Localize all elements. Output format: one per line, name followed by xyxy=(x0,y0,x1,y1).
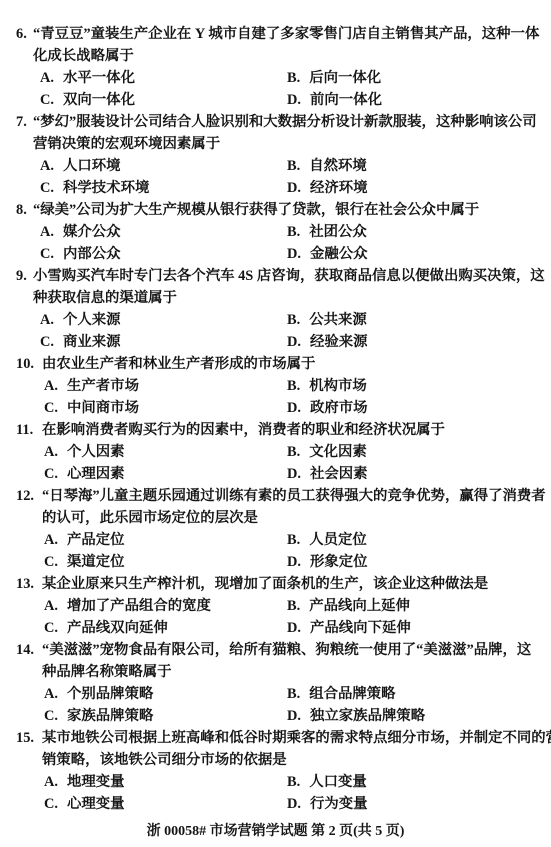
option-c: C.中间商市场 xyxy=(44,397,139,419)
question-number: 6. xyxy=(16,23,27,45)
option-text: 组合品牌策略 xyxy=(309,686,395,702)
option-b: B.后向一体化 xyxy=(287,67,381,89)
option-a: A.水平一体化 xyxy=(40,67,135,89)
option-d: D.经验来源 xyxy=(287,331,368,353)
option-a: A.个人因素 xyxy=(44,441,125,463)
option-text: 人口环境 xyxy=(63,158,121,174)
question-9-stem: 9. 小雪购买汽车时专门去各个汽车 4S 店咨询，获取商品信息以便做出购买决策，… xyxy=(0,265,551,309)
option-letter: C. xyxy=(44,617,58,639)
option-a: A.生产者市场 xyxy=(44,375,139,397)
option-letter: B. xyxy=(287,529,300,551)
option-letter: B. xyxy=(287,309,300,331)
option-b: B.公共来源 xyxy=(287,309,367,331)
option-letter: C. xyxy=(40,89,54,111)
option-letter: D. xyxy=(287,705,301,727)
option-letter: A. xyxy=(44,375,58,397)
option-text: 内部公众 xyxy=(63,246,121,262)
option-row: C.家族品牌策略 D.独立家族品牌策略 xyxy=(0,705,551,727)
question-text-line: 的认可，此乐园市场定位的层次是 xyxy=(42,507,551,529)
question-text-line: 小雪购买汽车时专门去各个汽车 4S 店咨询，获取商品信息以便做出购买决策，这 xyxy=(33,265,551,287)
question-15: 15. 某市地铁公司根据上班高峰和低谷时期乘客的需求特点细分市场，并制定不同的营… xyxy=(0,727,551,815)
question-number: 12. xyxy=(16,485,34,507)
question-text-line: 某企业原来只生产榨汁机，现增加了面条机的生产，该企业这种做法是 xyxy=(42,573,551,595)
question-number: 10. xyxy=(16,353,34,375)
option-row: C.心理因素 D.社会因素 xyxy=(0,463,551,485)
option-letter: C. xyxy=(44,793,58,815)
question-number: 15. xyxy=(16,727,34,749)
option-d: D.前向一体化 xyxy=(287,89,382,111)
option-text: 金融公众 xyxy=(310,246,368,262)
option-row: A.个别品牌策略 B.组合品牌策略 xyxy=(0,683,551,705)
option-a: A.个别品牌策略 xyxy=(44,683,153,705)
question-12: 12. “日琴海”儿童主题乐园通过训练有素的员工获得强大的竞争优势，赢得了消费者… xyxy=(0,485,551,573)
option-c: C.心理因素 xyxy=(44,463,125,485)
question-text-line: 销策略，该地铁公司细分市场的依据是 xyxy=(42,749,551,771)
option-letter: D. xyxy=(287,617,301,639)
option-text: 增加了产品组合的宽度 xyxy=(67,598,211,614)
option-text: 产品线向上延伸 xyxy=(309,598,410,614)
option-text: 水平一体化 xyxy=(63,70,135,86)
option-text: 商业来源 xyxy=(63,334,121,350)
option-letter: C. xyxy=(40,177,54,199)
question-text-line: “梦幻”服装设计公司结合人脸识别和大数据分析设计新款服装，这种影响该公司 xyxy=(33,111,551,133)
question-number: 7. xyxy=(16,111,27,133)
option-b: B.社团公众 xyxy=(287,221,367,243)
question-9: 9. 小雪购买汽车时专门去各个汽车 4S 店咨询，获取商品信息以便做出购买决策，… xyxy=(0,265,551,353)
question-11-stem: 11. 在影响消费者购买行为的因素中，消费者的职业和经济状况属于 xyxy=(0,419,551,441)
question-number: 13. xyxy=(16,573,34,595)
option-letter: D. xyxy=(287,243,301,265)
page-footer: 浙 00058# 市场营销学试题 第 2 页(共 5 页) xyxy=(0,820,551,840)
option-text: 生产者市场 xyxy=(67,378,139,394)
question-text-line: 化成长战略属于 xyxy=(33,45,551,67)
question-11: 11. 在影响消费者购买行为的因素中，消费者的职业和经济状况属于 A.个人因素 … xyxy=(0,419,551,485)
question-6-stem: 6. “青豆豆”童装生产企业在 Y 城市自建了多家零售门店自主销售其产品，这种一… xyxy=(0,23,551,67)
option-row: C.科学技术环境 D.经济环境 xyxy=(0,177,551,199)
option-letter: A. xyxy=(44,529,58,551)
option-row: A.增加了产品组合的宽度 B.产品线向上延伸 xyxy=(0,595,551,617)
option-letter: D. xyxy=(287,463,301,485)
question-14-stem: 14. “美滋滋”宠物食品有限公司，给所有猫粮、狗粮统一使用了“美滋滋”品牌，这… xyxy=(0,639,551,683)
option-a: A.地理变量 xyxy=(44,771,125,793)
option-letter: B. xyxy=(287,595,300,617)
question-10: 10. 由农业生产者和林业生产者形成的市场属于 A.生产者市场 B.机构市场 C… xyxy=(0,353,551,419)
option-text: 个人因素 xyxy=(67,444,125,460)
option-letter: C. xyxy=(44,463,58,485)
option-letter: D. xyxy=(287,331,301,353)
option-text: 文化因素 xyxy=(309,444,367,460)
option-letter: A. xyxy=(44,595,58,617)
option-letter: C. xyxy=(40,331,54,353)
option-letter: A. xyxy=(44,683,58,705)
option-c: C.商业来源 xyxy=(40,331,121,353)
question-number: 11. xyxy=(16,419,33,441)
option-letter: A. xyxy=(40,221,54,243)
option-letter: A. xyxy=(44,441,58,463)
option-text: 个别品牌策略 xyxy=(67,686,153,702)
option-a: A.个人来源 xyxy=(40,309,121,331)
question-number: 9. xyxy=(16,265,27,287)
option-letter: B. xyxy=(287,221,300,243)
option-row: A.生产者市场 B.机构市场 xyxy=(0,375,551,397)
option-d: D.经济环境 xyxy=(287,177,368,199)
option-letter: B. xyxy=(287,375,300,397)
question-7: 7. “梦幻”服装设计公司结合人脸识别和大数据分析设计新款服装，这种影响该公司 … xyxy=(0,111,551,199)
option-text: 地理变量 xyxy=(67,774,125,790)
option-c: C.内部公众 xyxy=(40,243,121,265)
exam-page: 6. “青豆豆”童装生产企业在 Y 城市自建了多家零售门店自主销售其产品，这种一… xyxy=(0,0,551,847)
option-c: C.渠道定位 xyxy=(44,551,125,573)
option-letter: A. xyxy=(40,155,54,177)
option-row: C.商业来源 D.经验来源 xyxy=(0,331,551,353)
option-text: 家族品牌策略 xyxy=(67,708,153,724)
option-letter: D. xyxy=(287,551,301,573)
option-text: 产品线向下延伸 xyxy=(310,620,411,636)
option-text: 形象定位 xyxy=(310,554,368,570)
question-12-stem: 12. “日琴海”儿童主题乐园通过训练有素的员工获得强大的竞争优势，赢得了消费者… xyxy=(0,485,551,529)
option-row: A.水平一体化 B.后向一体化 xyxy=(0,67,551,89)
option-c: C.双向一体化 xyxy=(40,89,135,111)
option-a: A.产品定位 xyxy=(44,529,125,551)
option-text: 前向一体化 xyxy=(310,92,382,108)
option-a: A.人口环境 xyxy=(40,155,121,177)
question-8-stem: 8. “绿美”公司为扩大生产规模从银行获得了贷款，银行在社会公众中属于 xyxy=(0,199,551,221)
option-text: 政府市场 xyxy=(310,400,368,416)
option-text: 心理因素 xyxy=(67,466,125,482)
option-d: D.产品线向下延伸 xyxy=(287,617,411,639)
option-text: 媒介公众 xyxy=(63,224,121,240)
option-letter: D. xyxy=(287,793,301,815)
option-text: 人口变量 xyxy=(309,774,367,790)
question-text-line: “日琴海”儿童主题乐园通过训练有素的员工获得强大的竞争优势，赢得了消费者 xyxy=(42,485,551,507)
question-7-stem: 7. “梦幻”服装设计公司结合人脸识别和大数据分析设计新款服装，这种影响该公司 … xyxy=(0,111,551,155)
option-text: 心理变量 xyxy=(67,796,125,812)
option-row: C.心理变量 D.行为变量 xyxy=(0,793,551,815)
option-letter: C. xyxy=(44,705,58,727)
option-letter: B. xyxy=(287,155,300,177)
option-b: B.人口变量 xyxy=(287,771,367,793)
option-row: C.双向一体化 D.前向一体化 xyxy=(0,89,551,111)
option-c: C.心理变量 xyxy=(44,793,125,815)
option-letter: B. xyxy=(287,441,300,463)
question-number: 14. xyxy=(16,639,34,661)
option-d: D.行为变量 xyxy=(287,793,368,815)
question-text-line: 营销决策的宏观环境因素属于 xyxy=(33,133,551,155)
question-text-line: 种获取信息的渠道属于 xyxy=(33,287,551,309)
option-letter: A. xyxy=(40,309,54,331)
option-row: C.内部公众 D.金融公众 xyxy=(0,243,551,265)
option-b: B.机构市场 xyxy=(287,375,367,397)
question-13-stem: 13. 某企业原来只生产榨汁机，现增加了面条机的生产，该企业这种做法是 xyxy=(0,573,551,595)
question-15-stem: 15. 某市地铁公司根据上班高峰和低谷时期乘客的需求特点细分市场，并制定不同的营… xyxy=(0,727,551,771)
option-d: D.社会因素 xyxy=(287,463,368,485)
option-row: A.产品定位 B.人员定位 xyxy=(0,529,551,551)
question-text-line: 种品牌名称策略属于 xyxy=(42,661,551,683)
option-text: 社团公众 xyxy=(309,224,367,240)
option-text: 机构市场 xyxy=(309,378,367,394)
option-row: A.个人因素 B.文化因素 xyxy=(0,441,551,463)
question-14: 14. “美滋滋”宠物食品有限公司，给所有猫粮、狗粮统一使用了“美滋滋”品牌，这… xyxy=(0,639,551,727)
option-b: B.产品线向上延伸 xyxy=(287,595,410,617)
option-d: D.金融公众 xyxy=(287,243,368,265)
option-text: 人员定位 xyxy=(309,532,367,548)
question-10-stem: 10. 由农业生产者和林业生产者形成的市场属于 xyxy=(0,353,551,375)
option-text: 后向一体化 xyxy=(309,70,381,86)
option-letter: A. xyxy=(44,771,58,793)
option-text: 渠道定位 xyxy=(67,554,125,570)
option-row: A.个人来源 B.公共来源 xyxy=(0,309,551,331)
option-text: 产品定位 xyxy=(67,532,125,548)
option-row: C.中间商市场 D.政府市场 xyxy=(0,397,551,419)
option-text: 公共来源 xyxy=(309,312,367,328)
question-8: 8. “绿美”公司为扩大生产规模从银行获得了贷款，银行在社会公众中属于 A.媒介… xyxy=(0,199,551,265)
question-number: 8. xyxy=(16,199,27,221)
question-text-line: “美滋滋”宠物食品有限公司，给所有猫粮、狗粮统一使用了“美滋滋”品牌，这 xyxy=(42,639,551,661)
option-text: 独立家族品牌策略 xyxy=(310,708,425,724)
option-letter: C. xyxy=(40,243,54,265)
option-text: 经济环境 xyxy=(310,180,368,196)
option-row: A.地理变量 B.人口变量 xyxy=(0,771,551,793)
option-text: 中间商市场 xyxy=(67,400,139,416)
option-d: D.形象定位 xyxy=(287,551,368,573)
option-d: D.政府市场 xyxy=(287,397,368,419)
question-text-line: “绿美”公司为扩大生产规模从银行获得了贷款，银行在社会公众中属于 xyxy=(33,199,551,221)
option-a: A.媒介公众 xyxy=(40,221,121,243)
question-text-line: “青豆豆”童装生产企业在 Y 城市自建了多家零售门店自主销售其产品，这种一体 xyxy=(33,23,551,45)
option-letter: C. xyxy=(44,397,58,419)
option-b: B.组合品牌策略 xyxy=(287,683,396,705)
option-b: B.人员定位 xyxy=(287,529,367,551)
option-text: 行为变量 xyxy=(310,796,368,812)
option-letter: D. xyxy=(287,89,301,111)
question-13: 13. 某企业原来只生产榨汁机，现增加了面条机的生产，该企业这种做法是 A.增加… xyxy=(0,573,551,639)
question-6: 6. “青豆豆”童装生产企业在 Y 城市自建了多家零售门店自主销售其产品，这种一… xyxy=(0,23,551,111)
option-text: 双向一体化 xyxy=(63,92,135,108)
option-text: 经验来源 xyxy=(310,334,368,350)
option-text: 社会因素 xyxy=(310,466,368,482)
option-c: C.家族品牌策略 xyxy=(44,705,153,727)
option-text: 自然环境 xyxy=(309,158,367,174)
option-b: B.文化因素 xyxy=(287,441,367,463)
option-c: C.产品线双向延伸 xyxy=(44,617,168,639)
option-c: C.科学技术环境 xyxy=(40,177,149,199)
option-a: A.增加了产品组合的宽度 xyxy=(44,595,211,617)
question-text-line: 由农业生产者和林业生产者形成的市场属于 xyxy=(42,353,551,375)
option-row: A.人口环境 B.自然环境 xyxy=(0,155,551,177)
option-letter: B. xyxy=(287,771,300,793)
option-row: A.媒介公众 B.社团公众 xyxy=(0,221,551,243)
option-letter: A. xyxy=(40,67,54,89)
option-b: B.自然环境 xyxy=(287,155,367,177)
option-letter: C. xyxy=(44,551,58,573)
option-letter: D. xyxy=(287,177,301,199)
option-letter: B. xyxy=(287,67,300,89)
option-letter: D. xyxy=(287,397,301,419)
option-letter: B. xyxy=(287,683,300,705)
option-d: D.独立家族品牌策略 xyxy=(287,705,425,727)
option-row: C.产品线双向延伸 D.产品线向下延伸 xyxy=(0,617,551,639)
question-text-line: 在影响消费者购买行为的因素中，消费者的职业和经济状况属于 xyxy=(42,419,551,441)
option-text: 产品线双向延伸 xyxy=(67,620,168,636)
question-text-line: 某市地铁公司根据上班高峰和低谷时期乘客的需求特点细分市场，并制定不同的营 xyxy=(42,727,551,749)
option-text: 个人来源 xyxy=(63,312,121,328)
option-row: C.渠道定位 D.形象定位 xyxy=(0,551,551,573)
option-text: 科学技术环境 xyxy=(63,180,149,196)
